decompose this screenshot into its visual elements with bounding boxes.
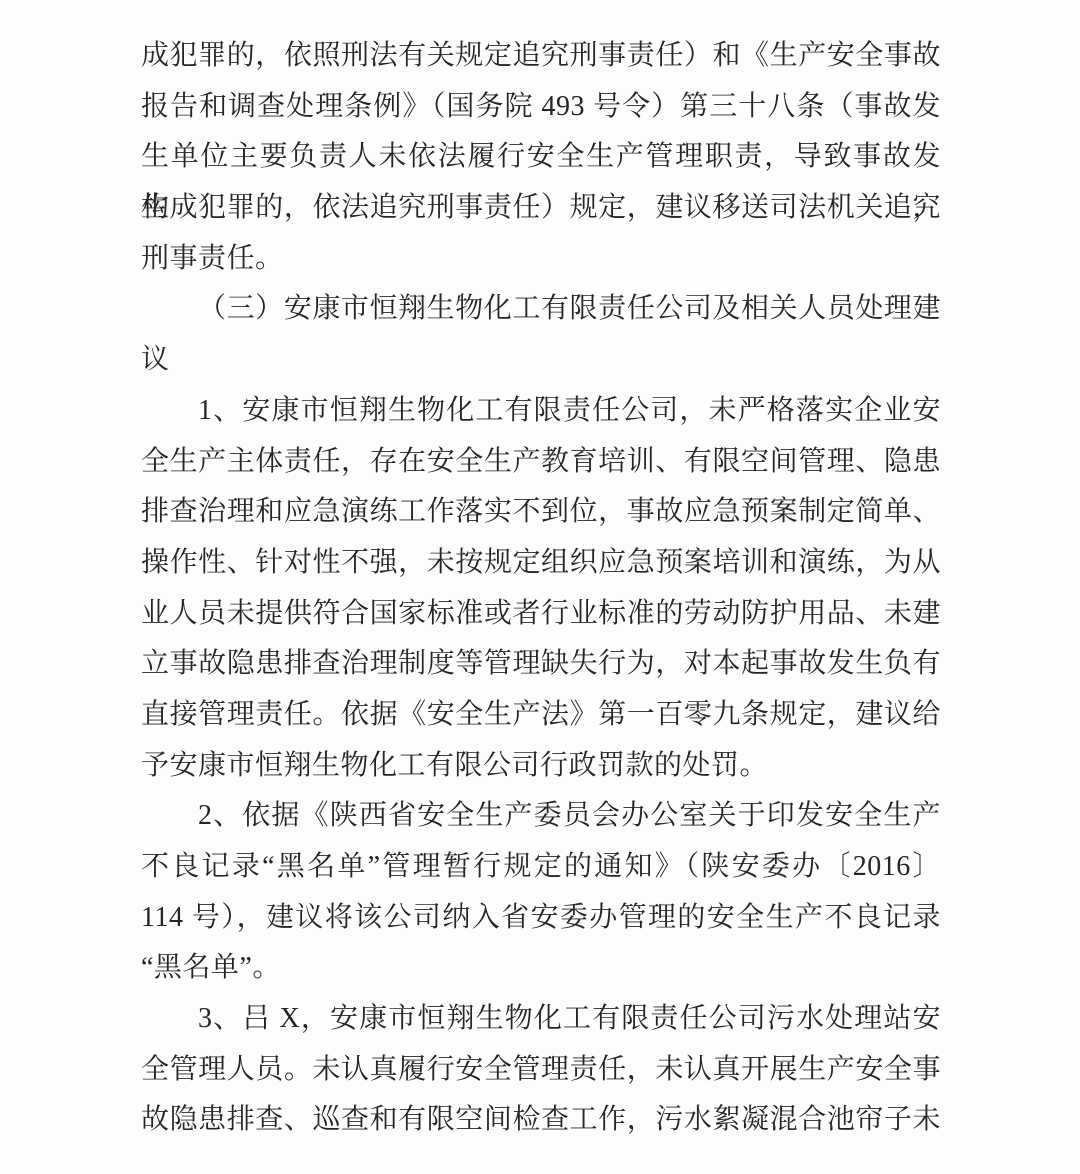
document-text-block: 成犯罪的，依照刑法有关规定追究刑事责任）和《生产安全事故 报告和调查处理条例》（… [141, 31, 941, 1146]
text-line: 成犯罪的，依照刑法有关规定追究刑事责任）和《生产安全事故 [141, 31, 941, 82]
text-line: 故隐患排查、巡查和有限空间检查工作，污水絮凝混合池帘子未 [141, 1095, 941, 1146]
text-line: 3、吕 X，安康市恒翔生物化工有限责任公司污水处理站安 [141, 994, 941, 1045]
text-line: 全生产主体责任，存在安全生产教育培训、有限空间管理、隐患 [141, 437, 941, 488]
section-heading-line: （三）安康市恒翔生物化工有限责任公司及相关人员处理建 [141, 284, 941, 335]
text-line: 刑事责任。 [141, 234, 941, 285]
text-line: 2、依据《陕西省安全生产委员会办公室关于印发安全生产 [141, 791, 941, 842]
text-line: 不良记录“黑名单”管理暂行规定的通知》（陕安委办〔2016〕 [141, 842, 941, 893]
text-line: 全管理人员。未认真履行安全管理责任，未认真开展生产安全事 [141, 1045, 941, 1096]
text-line: 1、安康市恒翔生物化工有限责任公司，未严格落实企业安 [141, 386, 941, 437]
document-page: 成犯罪的，依照刑法有关规定追究刑事责任）和《生产安全事故 报告和调查处理条例》（… [0, 0, 1080, 1174]
text-line: 予安康市恒翔生物化工有限公司行政罚款的处罚。 [141, 741, 941, 792]
text-line: 报告和调查处理条例》（国务院 493 号令）第三十八条（事故发 [141, 82, 941, 133]
text-line: 生单位主要负责人未依法履行安全生产管理职责，导致事故发生， [141, 132, 941, 183]
text-line: 操作性、针对性不强，未按规定组织应急预案培训和演练，为从 [141, 538, 941, 589]
text-line: “黑名单”。 [141, 943, 941, 994]
text-line: 构成犯罪的，依法追究刑事责任）规定，建议移送司法机关追究 [141, 183, 941, 234]
section-heading-line: 议 [141, 335, 941, 386]
text-line: 114 号），建议将该公司纳入省安委办管理的安全生产不良记录 [141, 893, 941, 944]
text-line: 立事故隐患排查治理制度等管理缺失行为，对本起事故发生负有 [141, 639, 941, 690]
text-line: 直接管理责任。依据《安全生产法》第一百零九条规定，建议给 [141, 690, 941, 741]
text-line: 业人员未提供符合国家标准或者行业标准的劳动防护用品、未建 [141, 589, 941, 640]
text-line: 排查治理和应急演练工作落实不到位，事故应急预案制定简单、 [141, 487, 941, 538]
